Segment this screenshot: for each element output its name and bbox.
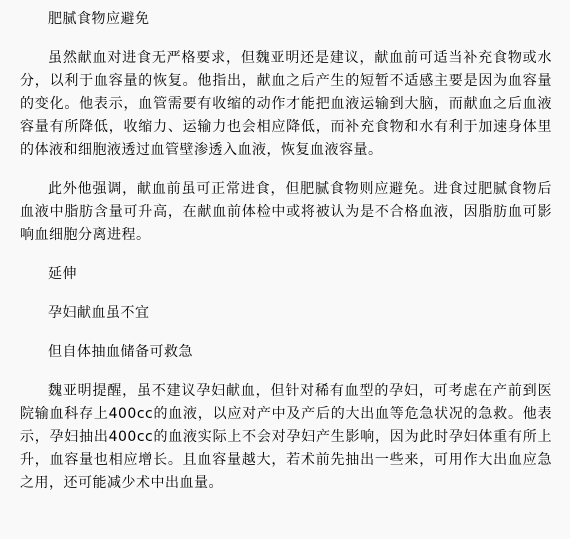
subheading-line-1: 孕妇献血虽不宜 xyxy=(20,302,552,325)
paragraph: 魏亚明提醒，虽不建议孕妇献血，但针对稀有血型的孕妇，可考虑在产前到医院输血科存上… xyxy=(20,380,552,495)
section-heading: 肥腻食物应避免 xyxy=(20,8,552,31)
article-page: 肥腻食物应避免 虽然献血对进食无严格要求，但魏亚明还是建议，献血前可适当补充食物… xyxy=(0,0,570,539)
paragraph: 此外他强调，献血前虽可正常进食，但肥腻食物则应避免。进食过肥腻食物后血液中脂肪含… xyxy=(20,178,552,247)
subheading-line-2: 但自体抽血储备可救急 xyxy=(20,341,552,364)
paragraph: 虽然献血对进食无严格要求，但魏亚明还是建议，献血前可适当补充食物或水分，以利于血… xyxy=(20,47,552,162)
extension-label: 延伸 xyxy=(20,263,552,286)
article-body: 肥腻食物应避免 虽然献血对进食无严格要求，但魏亚明还是建议，献血前可适当补充食物… xyxy=(20,8,552,495)
